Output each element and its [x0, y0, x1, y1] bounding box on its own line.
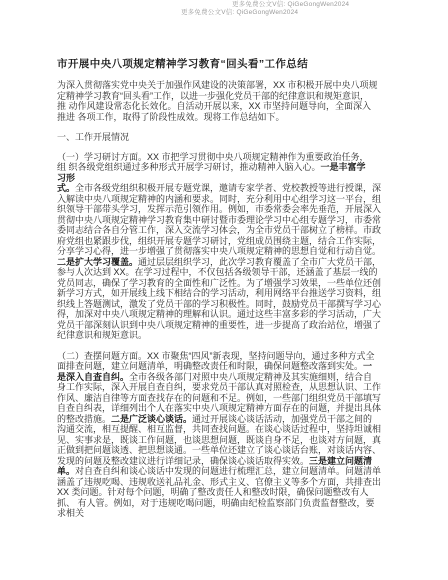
bold-text-segment: 二是扩大学习覆盖。	[57, 257, 138, 267]
text-segment: 全市各级党组织积极开展专题党课，邀请专家学者、党校教授等进行授课，深 入解读中央…	[57, 183, 381, 256]
document-title: 市开展中央八项规定精神学习教育“回头看”工作总结	[57, 56, 407, 71]
document-paragraph: 为深入贯彻落实党中央关于加强作风建设的决策部署，XX 市积极开展中央八项规 定精…	[57, 80, 407, 122]
text-segment: （二）查摆问题方面。XX 市聚焦“四风”新表现，坚持问题导向，通过多种方式全 面…	[57, 351, 375, 372]
text-segment: 为深入贯彻落实党中央关于加强作风建设的决策部署，XX 市积极开展中央八项规 定精…	[57, 80, 378, 122]
watermark-line-2: 更多免费公文V信: QiGeGongWen2024	[181, 9, 298, 17]
text-segment: 通过层层组织学习，此次学习教育覆盖了全市广大党员干部， 参与人次达到 XX。在学…	[57, 257, 381, 341]
text-segment: 一、工作开展情况	[57, 132, 129, 142]
bold-text-segment: 二是广泛谈心谈话。	[111, 414, 192, 424]
text-segment: 对自查自纠和谈心谈话中发现的问题进行梳理汇总，建立问题清单。问题清单 涵盖了违规…	[57, 466, 381, 518]
document-paragraph: （一）学习研讨方面。XX 市把学习贯彻中央八项规定精神作为重要政治任务， 组 织…	[57, 152, 407, 341]
section-heading: 一、工作开展情况	[57, 132, 407, 143]
document-paragraph: （二）查摆问题方面。XX 市聚焦“四风”新表现，坚持问题导向，通过多种方式全 面…	[57, 351, 407, 519]
document-page: 市开展中央八项规定精神学习教育“回头看”工作总结 为深入贯彻落实党中央关于加强作…	[57, 56, 407, 529]
watermark-line-1: 更多免费公文V信: QiGeGongWen2024	[232, 1, 349, 9]
document-body: 为深入贯彻落实党中央关于加强作风建设的决策部署，XX 市积极开展中央八项规 定精…	[57, 80, 407, 519]
